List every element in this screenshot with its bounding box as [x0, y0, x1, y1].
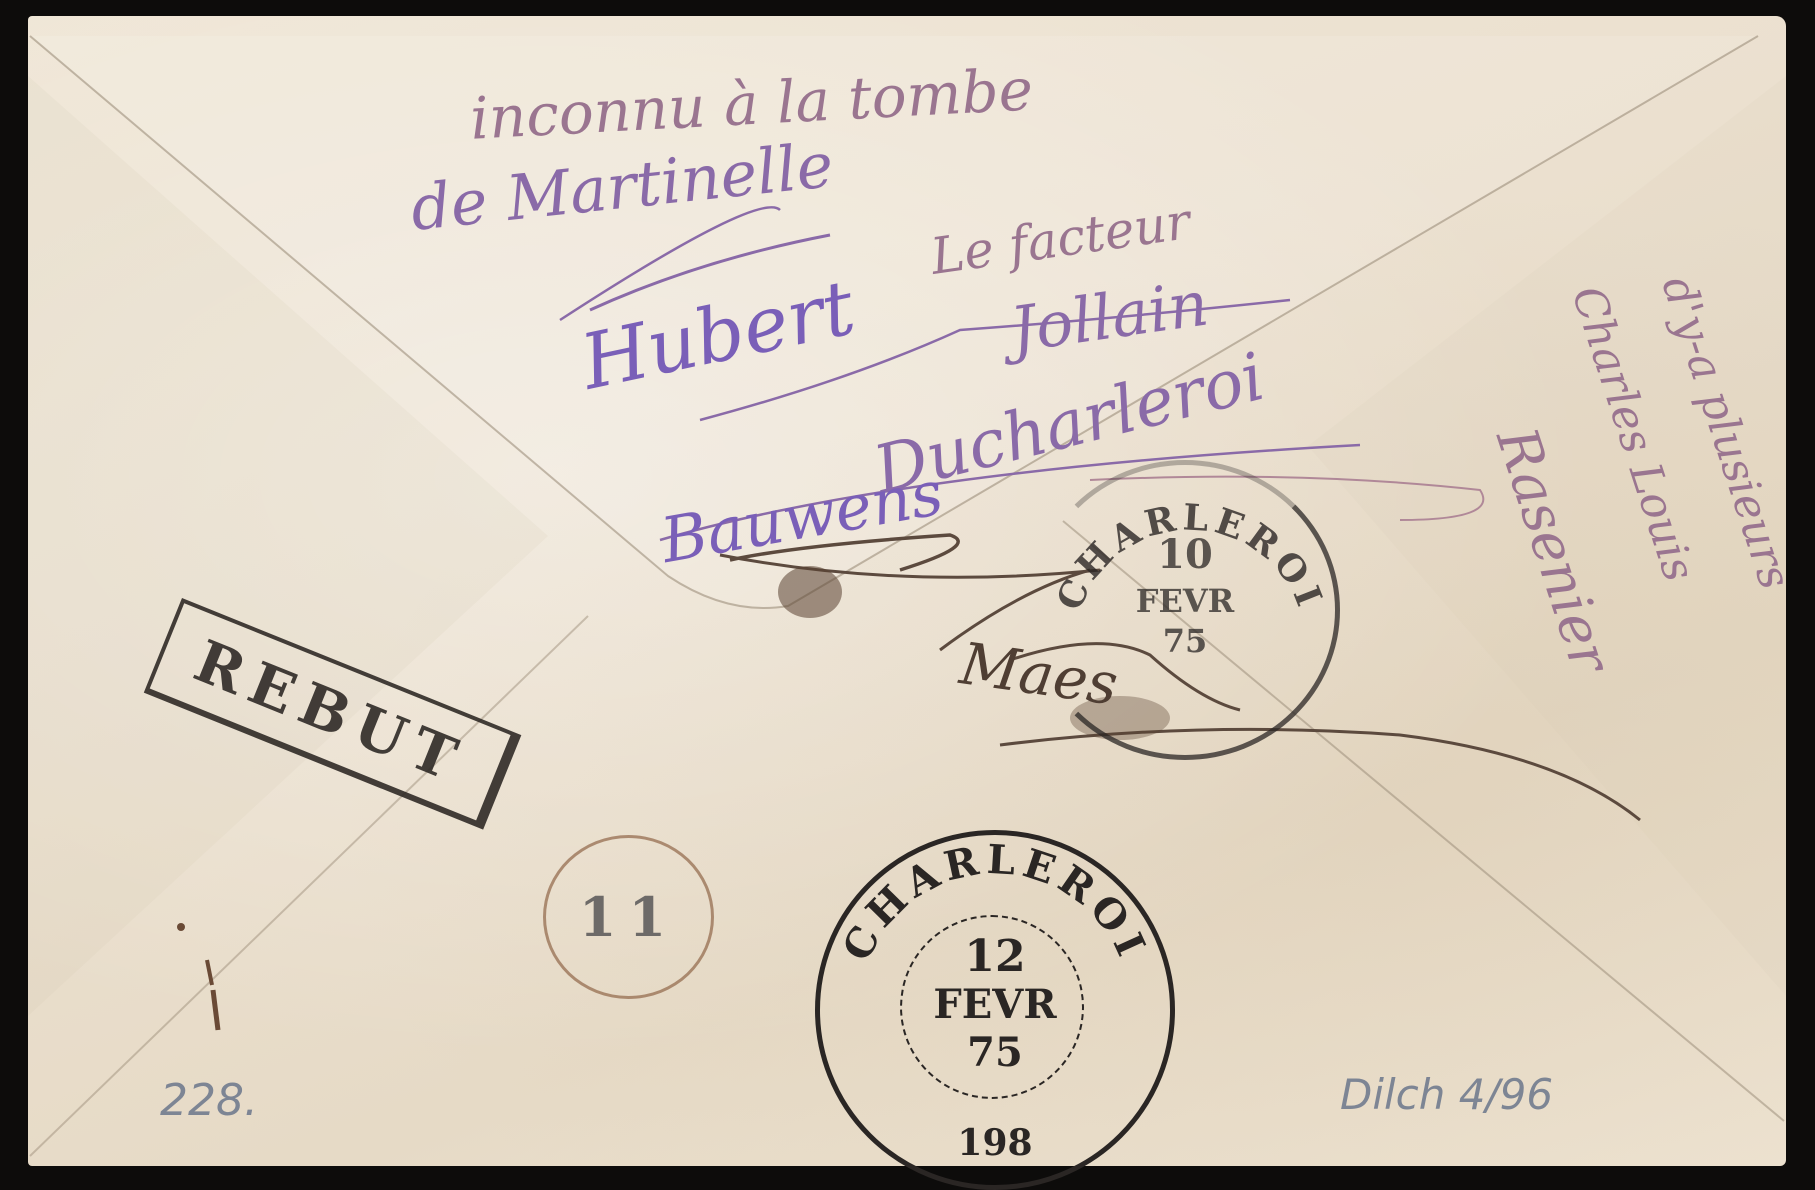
- cds-day: 12: [820, 935, 1170, 979]
- charleroi-datestamp-partial: CHARLEROI 10 FEVR 75: [1030, 460, 1340, 760]
- small-circular-cachet: 11: [543, 835, 714, 999]
- cds-year: 75: [820, 1033, 1170, 1073]
- charleroi-datestamp-main: CHARLEROI 12 FEVR 75 198: [815, 830, 1175, 1190]
- cds-partial-year: 75: [1035, 625, 1335, 657]
- cds-office-number: 198: [820, 1125, 1170, 1161]
- pencil-note-inventory: 228.: [160, 1075, 258, 1126]
- cds-partial-month: FEVR: [1035, 585, 1335, 617]
- small-cachet-number: 11: [579, 885, 678, 949]
- cds-partial-day: 10: [1035, 535, 1335, 575]
- cds-month: FEVR: [820, 985, 1170, 1025]
- pencil-note-dealer: Dilch 4/96: [1340, 1070, 1553, 1119]
